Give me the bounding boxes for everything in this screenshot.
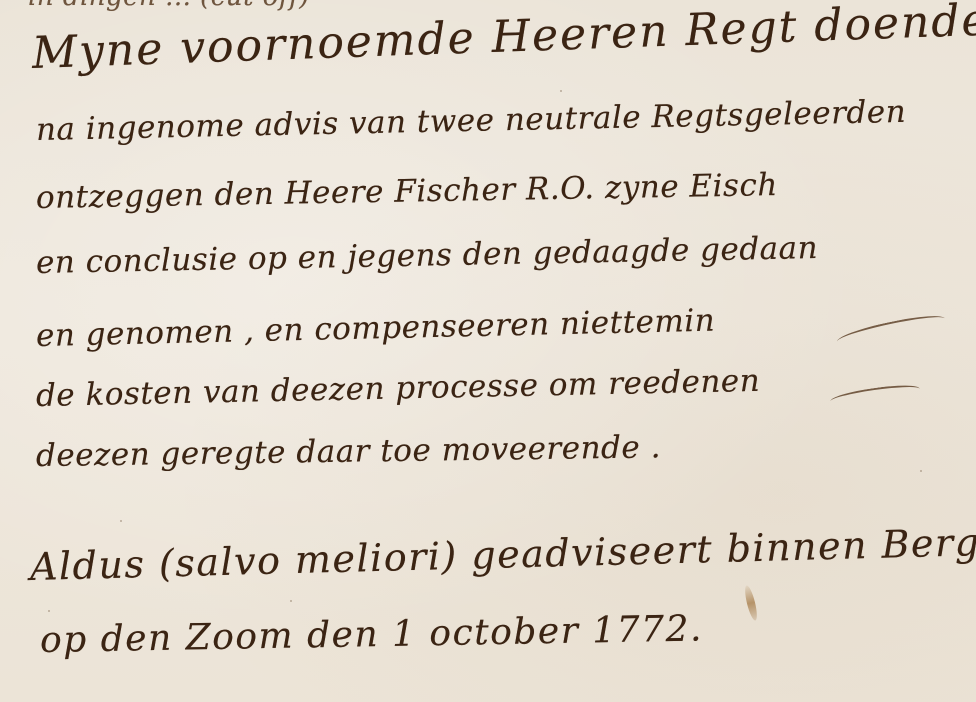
body-line-2: ontzeggen den Heere Fischer R.O. zyne Ei… bbox=[36, 167, 778, 216]
manuscript-page: in dingen ... (cut off) Myne voornoemde … bbox=[0, 0, 976, 702]
top-fragment-line: in dingen ... (cut off) bbox=[28, 0, 310, 12]
body-line-6: deezen geregte daar toe moveerende . bbox=[36, 429, 661, 474]
body-line-3: en conclusie op en jegens den gedaagde g… bbox=[36, 230, 819, 281]
pen-flourish bbox=[829, 382, 920, 408]
body-line-4: en genomen , en compenseeren niettemin bbox=[36, 303, 716, 354]
closing-line: Aldus (salvo meliori) geadviseert binnen… bbox=[29, 519, 976, 589]
paper-speck bbox=[290, 600, 292, 602]
paper-speck bbox=[560, 90, 562, 92]
pen-flourish bbox=[836, 311, 947, 350]
date-line: op den Zoom den 1 october 1772. bbox=[40, 608, 704, 661]
body-line-1: na ingenome advis van twee neutrale Regt… bbox=[36, 94, 907, 148]
paper-speck bbox=[48, 610, 50, 612]
paper-speck bbox=[120, 520, 122, 522]
body-line-5: de kosten van deezen processe om reedene… bbox=[36, 363, 761, 414]
paper-speck bbox=[920, 470, 922, 472]
ink-stain bbox=[743, 585, 759, 622]
